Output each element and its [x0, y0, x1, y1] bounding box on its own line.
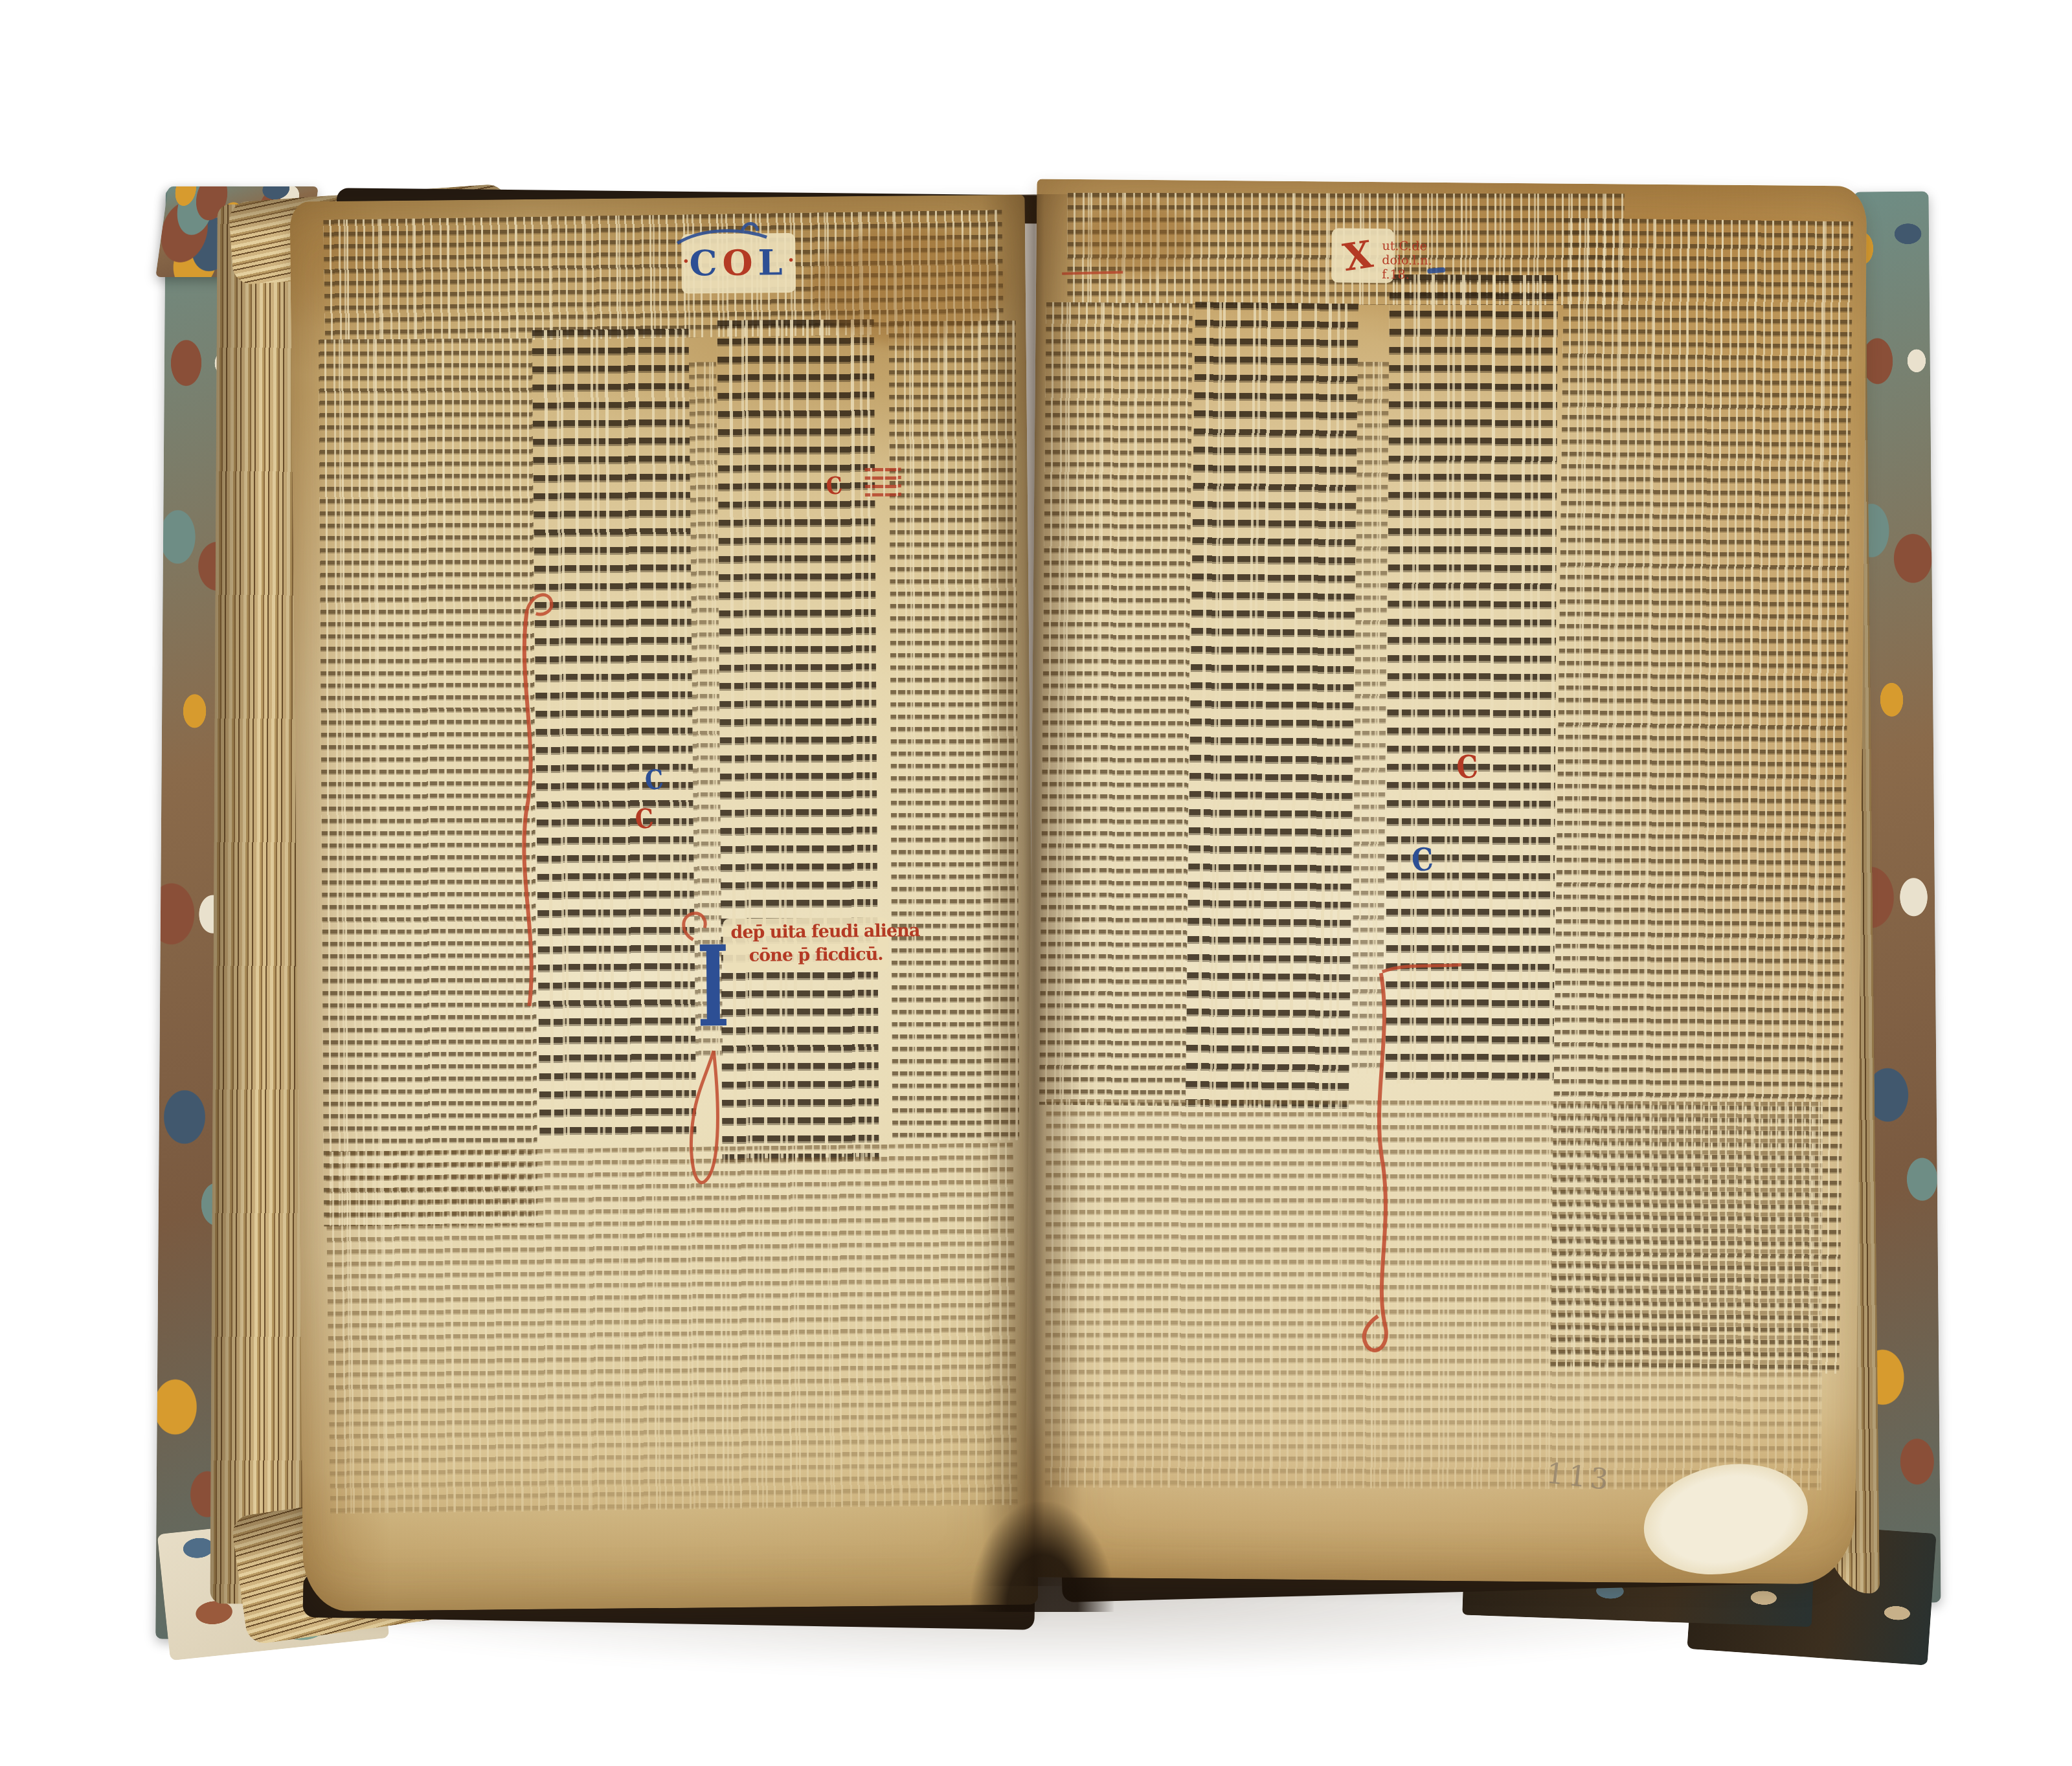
rubric-line-1: dep̄ uita feudi aliena	[730, 920, 888, 944]
running-title-left: ·COL·	[681, 233, 796, 291]
left-page-main-text-column-b	[717, 319, 879, 1165]
gutter-bottom-dark	[971, 1502, 1114, 1612]
red-reference-note-line: f.18.	[1382, 267, 1432, 282]
running-title-flank-left: ·	[682, 251, 690, 273]
red-paraph-mark: C	[1456, 748, 1480, 786]
left-page-main-text-column-a	[532, 329, 696, 1145]
right-page: X ut.C.de dolo.l.n. f.18. C C 113	[1025, 179, 1867, 1584]
illuminated-initial: I	[686, 932, 733, 1055]
left-page-bottom-gloss	[326, 1143, 1018, 1514]
left-page: ·COL· dep̄ uita feudi aliena cōne p̄ fic…	[290, 195, 1039, 1612]
folio-number: 113	[1544, 1457, 1614, 1497]
manuscript-photo: ·COL· dep̄ uita feudi aliena cōne p̄ fic…	[0, 0, 2072, 1766]
blue-paraph-mark: C	[644, 764, 664, 796]
red-reference-note-line: dolo.l.n.	[1382, 253, 1432, 268]
right-page-main-text-column-c	[1186, 302, 1358, 1109]
red-paraph-mark: C	[634, 803, 655, 835]
rubric-line-2: cōne p̄ ficdicū.	[749, 943, 889, 968]
right-page-intercolumn-gloss	[1351, 362, 1389, 1074]
red-marginal-note-lines	[865, 467, 901, 497]
running-title-letter-l: L	[758, 241, 788, 283]
running-title-letter-c: C	[689, 242, 723, 284]
red-reference-note: ut.C.de dolo.l.n. f.18.	[1382, 239, 1432, 282]
parchment-stain	[1080, 204, 1197, 276]
right-page-main-text-column-d	[1385, 274, 1558, 1084]
running-title-letter-o: O	[722, 242, 758, 284]
right-page-bottom-gloss	[1044, 1099, 1823, 1490]
rubric-patch: dep̄ uita feudi aliena cōne p̄ ficdicū.	[723, 917, 889, 972]
running-title-flank-right: ·	[787, 249, 794, 272]
blue-paraph-mark: C	[1411, 841, 1435, 878]
red-reference-note-line: ut.C.de	[1382, 239, 1432, 254]
gutter-shadow	[982, 194, 1083, 1586]
running-title-patch: ·COL·	[681, 233, 796, 294]
initial-letter-i: I	[697, 932, 730, 1042]
left-page-left-margin-gloss	[319, 338, 537, 1226]
red-paraph-mark: C	[825, 471, 844, 501]
